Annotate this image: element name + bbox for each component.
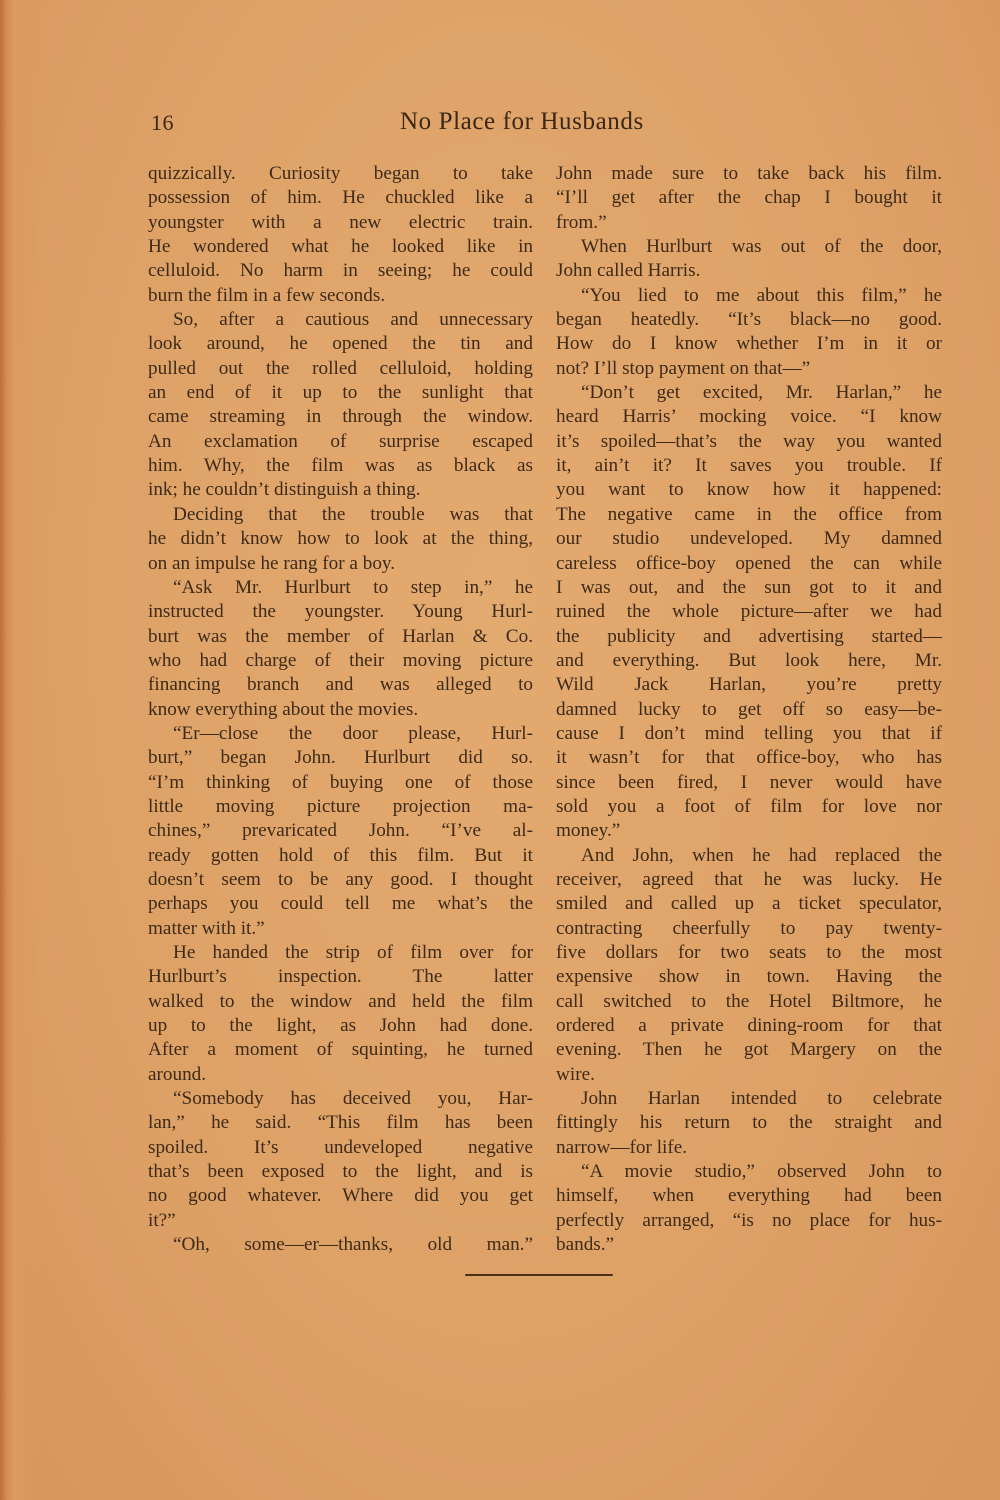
text-line: perfectly arranged, “is no place for hus… — [556, 1209, 942, 1233]
text-line: and everything. But look here, Mr. — [556, 649, 942, 673]
text-line: burn the film in a few seconds. — [148, 284, 533, 308]
text-line: “I’m thinking of buying one of those — [148, 771, 533, 795]
text-line: up to the light, as John had done. — [148, 1014, 533, 1038]
text-line: “Ask Mr. Hurlburt to step in,” he — [148, 576, 533, 600]
text-line: John made sure to take back his film. — [556, 162, 942, 186]
text-line: Hurlburt’s inspection. The latter — [148, 965, 533, 989]
text-line: John called Harris. — [556, 259, 942, 283]
text-line: money.” — [556, 819, 942, 843]
text-line: on an impulse he rang for a boy. — [148, 552, 533, 576]
text-line: who had charge of their moving picture — [148, 649, 533, 673]
text-line: youngster with a new electric train. — [148, 211, 533, 235]
text-line: pulled out the rolled celluloid, holding — [148, 357, 533, 381]
text-line: ruined the whole picture—after we had — [556, 600, 942, 624]
text-line: “Somebody has deceived you, Har- — [148, 1087, 533, 1111]
text-line: So, after a cautious and unnecessary — [148, 308, 533, 332]
text-line: burt was the member of Harlan & Co. — [148, 625, 533, 649]
text-column-left: quizzically. Curiosity began to takeposs… — [148, 162, 533, 1257]
text-line: cause I don’t mind telling you that if — [556, 722, 942, 746]
book-page: 16 No Place for Husbands quizzically. Cu… — [0, 0, 1000, 1500]
text-line: heard Harris’ mocking voice. “I know — [556, 405, 942, 429]
text-line: himself, when everything had been — [556, 1184, 942, 1208]
text-line: John Harlan intended to celebrate — [556, 1087, 942, 1111]
text-line: damned lucky to get off so easy—be- — [556, 698, 942, 722]
text-line: from.” — [556, 211, 942, 235]
running-title: No Place for Husbands — [400, 108, 644, 136]
text-line: came streaming in through the window. — [148, 405, 533, 429]
text-line: perhaps you could tell me what’s the — [148, 892, 533, 916]
text-column-right: John made sure to take back his film.“I’… — [556, 162, 942, 1257]
text-line: Deciding that the trouble was that — [148, 503, 533, 527]
text-line: “Oh, some—er—thanks, old man.” — [148, 1233, 533, 1257]
text-line: “Don’t get excited, Mr. Harlan,” he — [556, 381, 942, 405]
text-line: smiled and called up a ticket speculator… — [556, 892, 942, 916]
text-line: no good whatever. Where did you get — [148, 1184, 533, 1208]
text-line: “I’ll get after the chap I bought it — [556, 186, 942, 210]
text-line: When Hurlburt was out of the door, — [556, 235, 942, 259]
text-line: After a moment of squinting, he turned — [148, 1038, 533, 1062]
text-line: fittingly his return to the straight and — [556, 1111, 942, 1135]
text-line: five dollars for two seats to the most — [556, 941, 942, 965]
text-line: an end of it up to the sunlight that — [148, 381, 533, 405]
text-line: I was out, and the sun got to it and — [556, 576, 942, 600]
page-number: 16 — [151, 110, 174, 136]
text-line: look around, he opened the tin and — [148, 332, 533, 356]
text-line: receiver, agreed that he was lucky. He — [556, 868, 942, 892]
text-line: since been fired, I never would have — [556, 771, 942, 795]
text-line: celluloid. No harm in seeing; he could — [148, 259, 533, 283]
text-line: And John, when he had replaced the — [556, 844, 942, 868]
text-line: burt,” began John. Hurlburt did so. — [148, 746, 533, 770]
text-line: “A movie studio,” observed John to — [556, 1160, 942, 1184]
text-line: spoiled. It’s undeveloped negative — [148, 1136, 533, 1160]
text-line: it’s spoiled—that’s the way you wanted — [556, 430, 942, 454]
text-line: call switched to the Hotel Biltmore, he — [556, 990, 942, 1014]
text-line: evening. Then he got Margery on the — [556, 1038, 942, 1062]
text-line: “Er—close the door please, Hurl- — [148, 722, 533, 746]
text-line: he didn’t know how to look at the thing, — [148, 527, 533, 551]
text-line: contracting cheerfully to pay twenty- — [556, 917, 942, 941]
text-line: possession of him. He chuckled like a — [148, 186, 533, 210]
text-line: wire. — [556, 1063, 942, 1087]
text-line: financing branch and was alleged to — [148, 673, 533, 697]
text-line: lan,” he said. “This film has been — [148, 1111, 533, 1135]
text-line: it, ain’t it? It saves you trouble. If — [556, 454, 942, 478]
text-line: The negative came in the office from — [556, 503, 942, 527]
text-line: that’s been exposed to the light, and is — [148, 1160, 533, 1184]
text-line: not? I’ll stop payment on that—” — [556, 357, 942, 381]
text-line: expensive show in town. Having the — [556, 965, 942, 989]
page-spine-edge — [0, 0, 6, 1500]
text-line: doesn’t seem to be any good. I thought — [148, 868, 533, 892]
text-line: little moving picture projection ma- — [148, 795, 533, 819]
text-line: He handed the strip of film over for — [148, 941, 533, 965]
text-line: An exclamation of surprise escaped — [148, 430, 533, 454]
text-line: the publicity and advertising started— — [556, 625, 942, 649]
text-line: careless office-boy opened the can while — [556, 552, 942, 576]
text-line: it?” — [148, 1209, 533, 1233]
text-line: matter with it.” — [148, 917, 533, 941]
text-line: began heatedly. “It’s black—no good. — [556, 308, 942, 332]
text-line: Wild Jack Harlan, you’re pretty — [556, 673, 942, 697]
text-line: narrow—for life. — [556, 1136, 942, 1160]
text-line: instructed the youngster. Young Hurl- — [148, 600, 533, 624]
text-line: bands.” — [556, 1233, 942, 1257]
text-line: around. — [148, 1063, 533, 1087]
text-line: ordered a private dining-room for that — [556, 1014, 942, 1038]
text-line: our studio undeveloped. My damned — [556, 527, 942, 551]
text-line: How do I know whether I’m in it or — [556, 332, 942, 356]
text-line: quizzically. Curiosity began to take — [148, 162, 533, 186]
text-line: chines,” prevaricated John. “I’ve al- — [148, 819, 533, 843]
text-line: “You lied to me about this film,” he — [556, 284, 942, 308]
text-line: it wasn’t for that office-boy, who has — [556, 746, 942, 770]
text-line: He wondered what he looked like in — [148, 235, 533, 259]
text-line: him. Why, the film was as black as — [148, 454, 533, 478]
chapter-end-rule — [465, 1274, 613, 1276]
text-line: you want to know how it happened: — [556, 478, 942, 502]
text-line: know everything about the movies. — [148, 698, 533, 722]
text-line: walked to the window and held the film — [148, 990, 533, 1014]
text-line: sold you a foot of film for love nor — [556, 795, 942, 819]
text-line: ink; he couldn’t distinguish a thing. — [148, 478, 533, 502]
text-line: ready gotten hold of this film. But it — [148, 844, 533, 868]
